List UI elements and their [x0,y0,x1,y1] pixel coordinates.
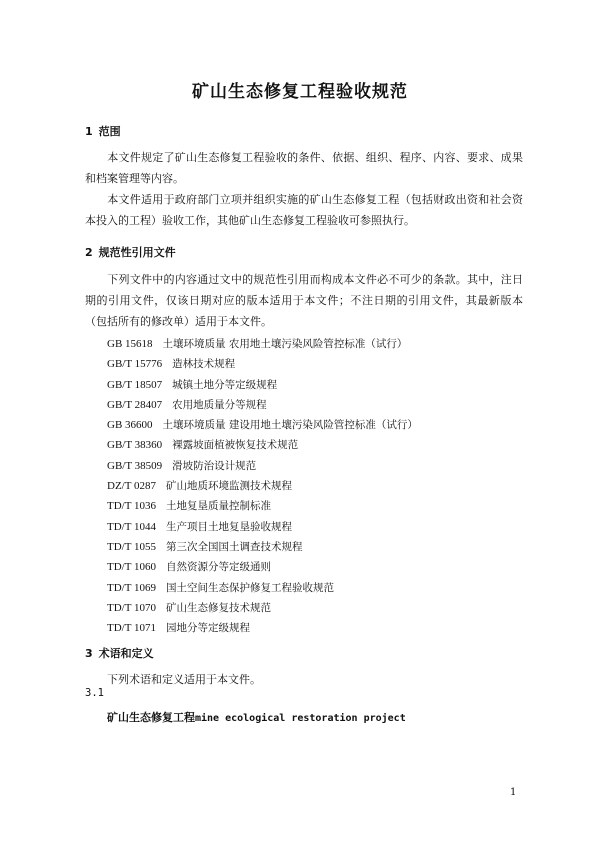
reference-item: GB/T 38360裸露坡面植被恢复技术规范 [107,435,418,455]
reference-item: GB 36600土壤环境质量 建设用地土壤污染风险管控标准（试行） [107,415,418,435]
term-entry: 矿山生态修复工程mine ecological restoration proj… [107,709,406,725]
reference-name: 国土空间生态保护修复工程验收规范 [166,582,334,594]
reference-code: GB 15618 [107,334,153,354]
reference-name: 滑坡防治设计规范 [172,460,256,472]
reference-code: TD/T 1036 [107,496,156,516]
reference-item: TD/T 1069国土空间生态保护修复工程验收规范 [107,578,418,598]
section-1-paragraph-2: 本文件适用于政府部门立项并组织实施的矿山生态修复工程（包括财政出资和社会资本投入… [85,189,523,231]
section-3-heading: 3术语和定义 [85,645,154,661]
reference-item: DZ/T 0287矿山地质环境监测技术规程 [107,476,418,496]
reference-name: 矿山地质环境监测技术规程 [166,480,292,492]
reference-name: 城镇土地分等定级规程 [172,379,277,391]
reference-item: TD/T 1036土地复垦质量控制标准 [107,496,418,516]
reference-code: TD/T 1071 [107,618,156,638]
reference-code: TD/T 1060 [107,557,156,577]
reference-code: GB/T 18507 [107,375,162,395]
reference-code: DZ/T 0287 [107,476,156,496]
reference-item: GB/T 15776造林技术规程 [107,354,418,374]
reference-code: GB/T 38360 [107,435,162,455]
reference-item: TD/T 1044生产项目土地复垦验收规程 [107,517,418,537]
reference-name: 矿山生态修复技术规范 [166,602,271,614]
page-number: 1 [510,787,516,798]
reference-item: GB 15618土壤环境质量 农用地土壤污染风险管控标准（试行） [107,334,418,354]
reference-code: GB/T 15776 [107,354,162,374]
term-chinese: 矿山生态修复工程 [107,711,195,724]
reference-code: GB/T 28407 [107,395,162,415]
section-2-heading: 2规范性引用文件 [85,244,176,260]
section-title: 术语和定义 [99,647,154,660]
reference-name: 土壤环境质量 建设用地土壤污染风险管控标准（试行） [163,419,418,431]
section-2-paragraph: 下列文件中的内容通过文中的规范性引用而构成本文件必不可少的条款。其中，注日期的引… [85,269,523,332]
reference-item: TD/T 1060自然资源分等定级通则 [107,557,418,577]
reference-code: GB 36600 [107,415,153,435]
reference-code: TD/T 1044 [107,517,156,537]
reference-item: GB/T 28407农用地质量分等规程 [107,395,418,415]
section-title: 范围 [99,125,121,138]
section-number: 3 [85,647,93,660]
section-3-paragraph: 下列术语和定义适用于本文件。 [107,671,261,687]
reference-item: GB/T 38509滑坡防治设计规范 [107,456,418,476]
reference-name: 第三次全国国土调查技术规程 [166,541,303,553]
reference-name: 土壤环境质量 农用地土壤污染风险管控标准（试行） [163,338,408,350]
section-number: 2 [85,246,93,259]
reference-name: 造林技术规程 [172,358,235,370]
reference-name: 裸露坡面植被恢复技术规范 [172,439,298,451]
document-title: 矿山生态修复工程验收规范 [0,77,600,102]
reference-code: TD/T 1055 [107,537,156,557]
reference-code: TD/T 1069 [107,578,156,598]
section-title: 规范性引用文件 [99,246,176,259]
reference-name: 自然资源分等定级通则 [166,561,271,573]
reference-item: TD/T 1055第三次全国国土调查技术规程 [107,537,418,557]
section-number: 1 [85,125,93,138]
document-page: 矿山生态修复工程验收规范 1范围 本文件规定了矿山生态修复工程验收的条件、依据、… [0,0,600,849]
reference-item: TD/T 1070矿山生态修复技术规范 [107,598,418,618]
reference-name: 土地复垦质量控制标准 [166,500,271,512]
reference-code: GB/T 38509 [107,456,162,476]
section-1-heading: 1范围 [85,123,121,139]
term-english: mine ecological restoration project [195,713,406,724]
term-number: 3.1 [85,687,104,699]
reference-name: 农用地质量分等规程 [172,399,267,411]
section-1-paragraph-1: 本文件规定了矿山生态修复工程验收的条件、依据、组织、程序、内容、要求、成果和档案… [85,147,523,189]
normative-references-list: GB 15618土壤环境质量 农用地土壤污染风险管控标准（试行） GB/T 15… [107,334,418,638]
reference-name: 园地分等定级规程 [166,622,250,634]
reference-item: TD/T 1071园地分等定级规程 [107,618,418,638]
reference-item: GB/T 18507城镇土地分等定级规程 [107,375,418,395]
reference-code: TD/T 1070 [107,598,156,618]
reference-name: 生产项目土地复垦验收规程 [166,521,292,533]
